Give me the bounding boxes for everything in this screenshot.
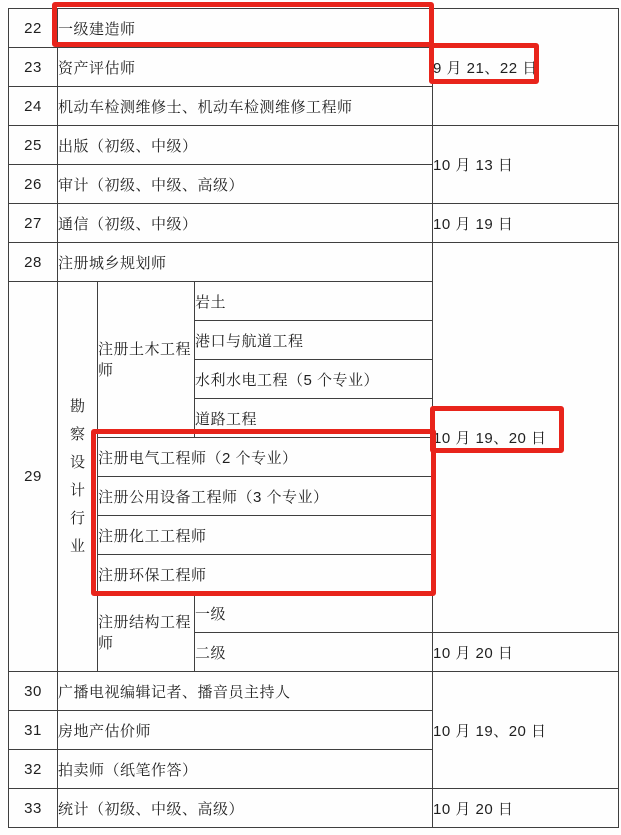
row-number-cell: 23	[9, 48, 58, 87]
exam-date-cell: 10 月 20 日	[433, 633, 619, 672]
table-row: 25 出版（初级、中级） 10 月 13 日	[9, 126, 619, 165]
table-row: 30 广播电视编辑记者、播音员主持人 10 月 19、20 日	[9, 672, 619, 711]
row-number-cell: 30	[9, 672, 58, 711]
table-row: 22 一级建造师 9 月 21、22 日	[9, 9, 619, 48]
row-number-cell: 25	[9, 126, 58, 165]
table-row: 28 注册城乡规划师 10 月 19、20 日	[9, 243, 619, 282]
exam-name-cell: 一级建造师	[58, 9, 433, 48]
exam-date-cell: 9 月 21、22 日	[433, 9, 619, 126]
industry-cell: 勘察设计行业	[58, 282, 98, 672]
row-number-cell: 31	[9, 711, 58, 750]
specialty-cell: 二级	[195, 633, 433, 672]
exam-name-cell: 注册公用设备工程师（3 个专业）	[98, 477, 433, 516]
exam-name-cell: 注册城乡规划师	[58, 243, 433, 282]
row-number-cell: 29	[9, 282, 58, 672]
specialty-cell: 港口与航道工程	[195, 321, 433, 360]
exam-group-cell: 注册结构工程师	[98, 594, 195, 672]
row-number-cell: 26	[9, 165, 58, 204]
row-number-cell: 28	[9, 243, 58, 282]
exam-name-cell: 房地产估价师	[58, 711, 433, 750]
specialty-cell: 岩土	[195, 282, 433, 321]
exam-name-cell: 统计（初级、中级、高级）	[58, 789, 433, 828]
row-number-cell: 24	[9, 87, 58, 126]
specialty-cell: 水利水电工程（5 个专业）	[195, 360, 433, 399]
specialty-cell: 道路工程	[195, 399, 433, 438]
exam-date-cell: 10 月 19、20 日	[433, 672, 619, 789]
exam-name-cell: 拍卖师（纸笔作答）	[58, 750, 433, 789]
exam-name-cell: 出版（初级、中级）	[58, 126, 433, 165]
exam-name-cell: 通信（初级、中级）	[58, 204, 433, 243]
exam-name-cell: 资产评估师	[58, 48, 433, 87]
row-number-cell: 22	[9, 9, 58, 48]
table-row: 33 统计（初级、中级、高级） 10 月 20 日	[9, 789, 619, 828]
exam-date-cell: 10 月 20 日	[433, 789, 619, 828]
industry-vertical-label: 勘察设计行业	[69, 393, 86, 561]
exam-date-cell: 10 月 19 日	[433, 204, 619, 243]
row-number-cell: 27	[9, 204, 58, 243]
exam-name-cell: 审计（初级、中级、高级）	[58, 165, 433, 204]
exam-date-cell: 10 月 13 日	[433, 126, 619, 204]
exam-date-cell: 10 月 19、20 日	[433, 243, 619, 633]
exam-name-cell: 注册电气工程师（2 个专业）	[98, 438, 433, 477]
row-number-cell: 32	[9, 750, 58, 789]
exam-name-cell: 注册化工工程师	[98, 516, 433, 555]
exam-group-cell: 注册土木工程师	[98, 282, 195, 438]
exam-schedule-table: 22 一级建造师 9 月 21、22 日 23 资产评估师 24 机动车检测维修…	[8, 8, 619, 828]
exam-name-cell: 广播电视编辑记者、播音员主持人	[58, 672, 433, 711]
exam-name-cell: 注册环保工程师	[98, 555, 433, 594]
row-number-cell: 33	[9, 789, 58, 828]
exam-name-cell: 机动车检测维修士、机动车检测维修工程师	[58, 87, 433, 126]
exam-schedule-page: 22 一级建造师 9 月 21、22 日 23 资产评估师 24 机动车检测维修…	[0, 0, 621, 835]
specialty-cell: 一级	[195, 594, 433, 633]
table-row: 27 通信（初级、中级） 10 月 19 日	[9, 204, 619, 243]
